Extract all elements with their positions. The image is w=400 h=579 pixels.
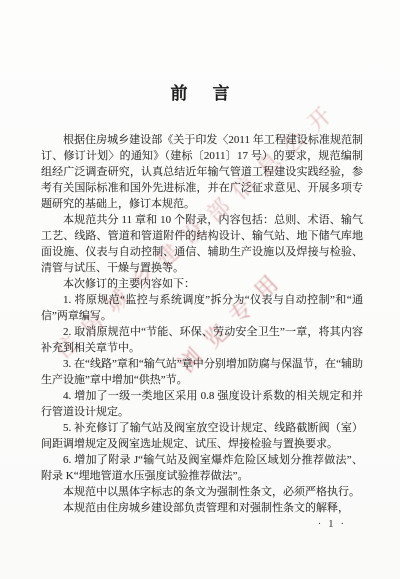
paragraph: 3. 在“线路”章和“输气站”章中分别增加防腐与保温节，在“辅助生产设施”章中增…	[41, 356, 363, 388]
paragraph: 4. 增加了一级一类地区采用 0.8 强度设计系数的相关规定和并行管道设计规定。	[41, 388, 363, 420]
paragraph: 1. 将原规范“监控与系统调度”拆分为“仪表与自动控制”和“通信”两章编写。	[41, 292, 363, 324]
paragraph: 6. 增加了附录 J“输气站及阀室爆炸危险区域划分推荐做法”、附录 K“埋地管道…	[41, 452, 363, 484]
paragraph: 根据住房城乡建设部《关于印发〈2011 年工程建设标准规范制订、修订计划〉的通知…	[41, 132, 363, 212]
paragraph: 2. 取消原规范中“节能、环保、劳动安全卫生”一章，将其内容补充到相关章节中。	[41, 324, 363, 356]
paragraph: 本规范中以黑体字标志的条文为强制性条文，必须严格执行。	[41, 484, 363, 500]
page-content: 前 言 根据住房城乡建设部《关于印发〈2011 年工程建设标准规范制订、修订计划…	[0, 0, 400, 516]
paragraph: 本规范共分 11 章和 10 个附录，内容包括：总则、术语、输气工艺、线路、管道…	[41, 212, 363, 276]
paragraph: 本次修订的主要内容如下：	[41, 276, 363, 292]
page-number: · 1 ·	[318, 518, 346, 530]
document-page: 住房城乡建设部信息公开 浏览专用 前 言 根据住房城乡建设部《关于印发〈2011…	[0, 0, 400, 579]
paragraph: 本规范由住房城乡建设部负责管理和对强制性条文的解释，	[41, 500, 363, 516]
page-title: 前 言	[41, 82, 363, 106]
paragraph: 5. 补充修订了输气站及阀室放空设计规定、线路截断阀（室）间距调增规定及阀室选址…	[41, 420, 363, 452]
